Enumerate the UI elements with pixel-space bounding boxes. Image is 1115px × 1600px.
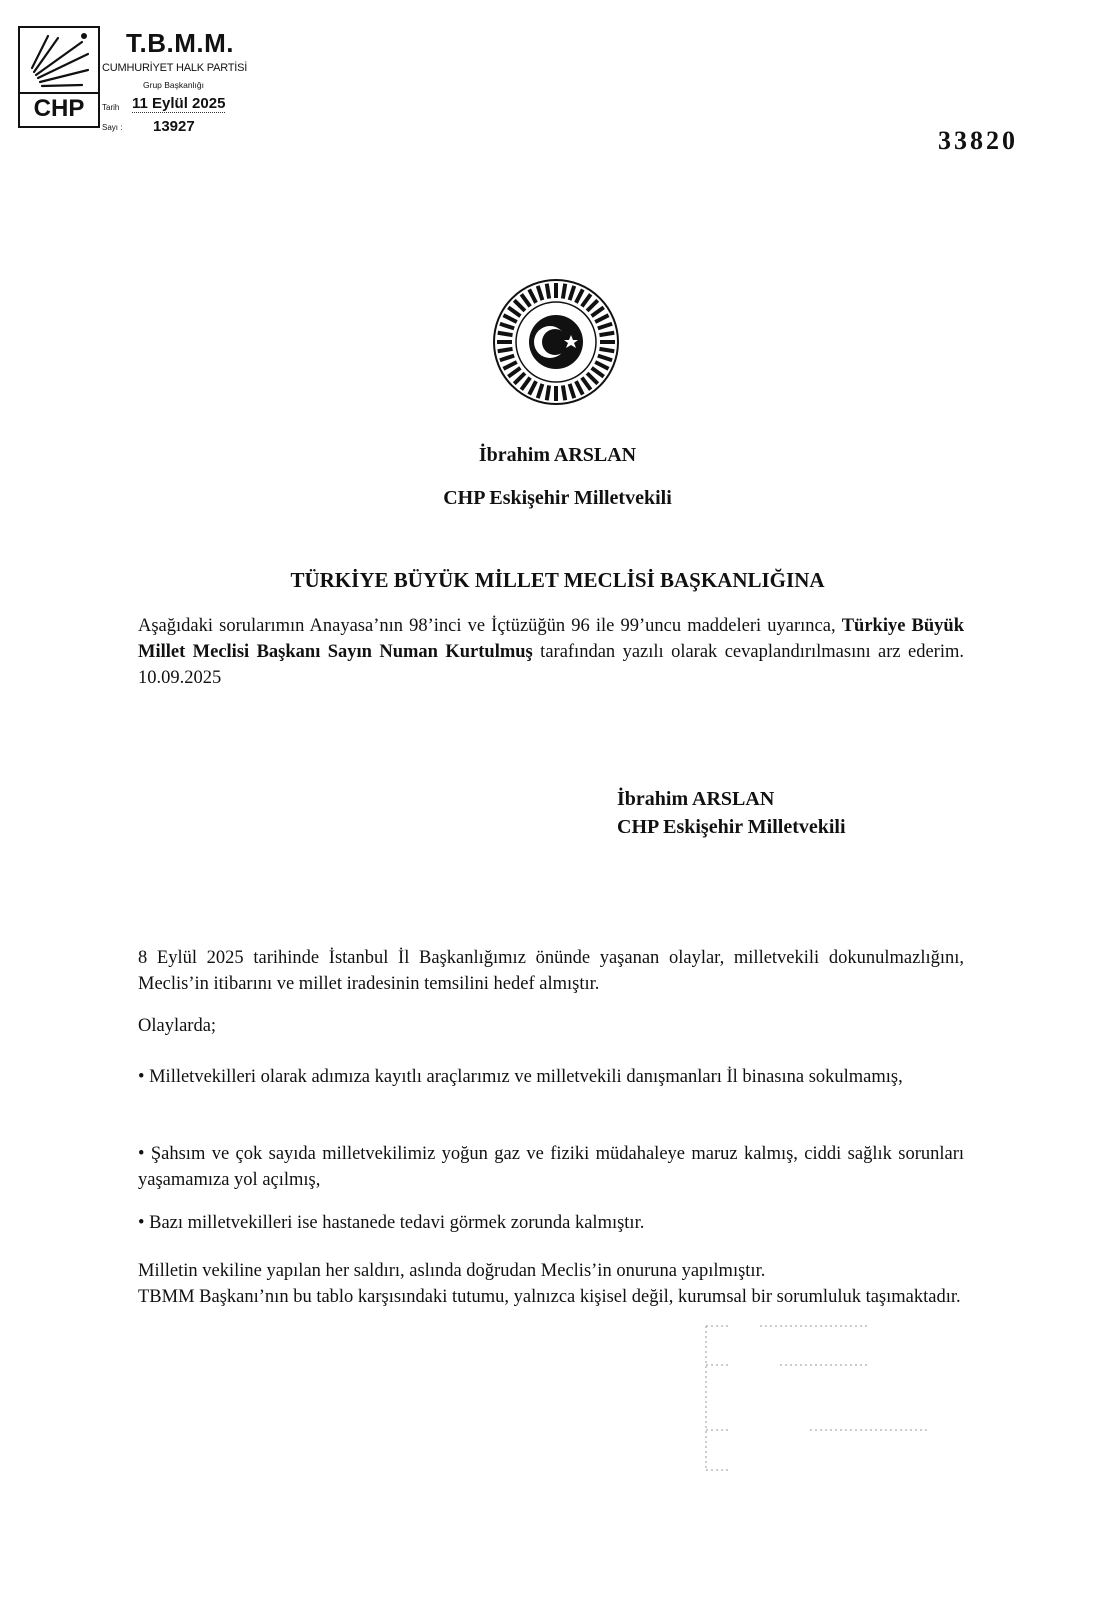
stamp-number-label: Sayı : — [102, 123, 122, 132]
bullet-item: • Bazı milletvekilleri ise hastanede ted… — [138, 1210, 964, 1236]
closing-line-2: TBMM Başkanı’nın bu tablo karşısındaki t… — [138, 1284, 964, 1310]
intro-text-1: Aşağıdaki sorularımın Anayasa’nın 98’inc… — [138, 616, 842, 636]
signature-name: İbrahim ARSLAN — [617, 785, 846, 813]
tbmm-emblem-icon — [492, 278, 620, 406]
signature-title: CHP Eskişehir Milletvekili — [617, 813, 846, 841]
bullet-item: • Şahsım ve çok sayıda milletvekilimiz y… — [138, 1141, 964, 1193]
document-number: 33820 — [938, 126, 1018, 156]
stamp-date: 11 Eylül 2025 — [132, 95, 225, 113]
bullet-item: • Milletvekilleri olarak adımıza kayıtlı… — [138, 1064, 964, 1090]
intro-paragraph: Aşağıdaki sorularımın Anayasa’nın 98’inc… — [138, 613, 964, 691]
chp-arrows-icon — [20, 28, 98, 94]
stamp-number: 13927 — [153, 118, 195, 135]
chp-abbr: CHP — [20, 94, 98, 124]
stamp-office: Grup Başkanlığı — [143, 80, 204, 90]
stamp-party-name: CUMHURİYET HALK PARTİSİ — [102, 62, 247, 74]
chp-stamp-logo-box: CHP — [18, 26, 100, 128]
closing-line-1: Milletin vekiline yapılan her saldırı, a… — [138, 1258, 964, 1284]
faint-scan-marks — [700, 1320, 970, 1480]
signature-block: İbrahim ARSLAN CHP Eskişehir Milletvekil… — [617, 785, 846, 841]
closing-paragraph: Milletin vekiline yapılan her saldırı, a… — [138, 1258, 964, 1310]
events-paragraph: 8 Eylül 2025 tarihinde İstanbul İl Başka… — [138, 945, 964, 997]
header-name: İbrahim ARSLAN — [0, 444, 1115, 467]
addressee: TÜRKİYE BÜYÜK MİLLET MECLİSİ BAŞKANLIĞIN… — [0, 568, 1115, 593]
olaylarda-label: Olaylarda; — [138, 1013, 964, 1039]
stamp-institution: T.B.M.M. — [126, 28, 234, 59]
header-title: CHP Eskişehir Milletvekili — [0, 487, 1115, 510]
stamp-date-label: Tarih — [102, 103, 119, 112]
